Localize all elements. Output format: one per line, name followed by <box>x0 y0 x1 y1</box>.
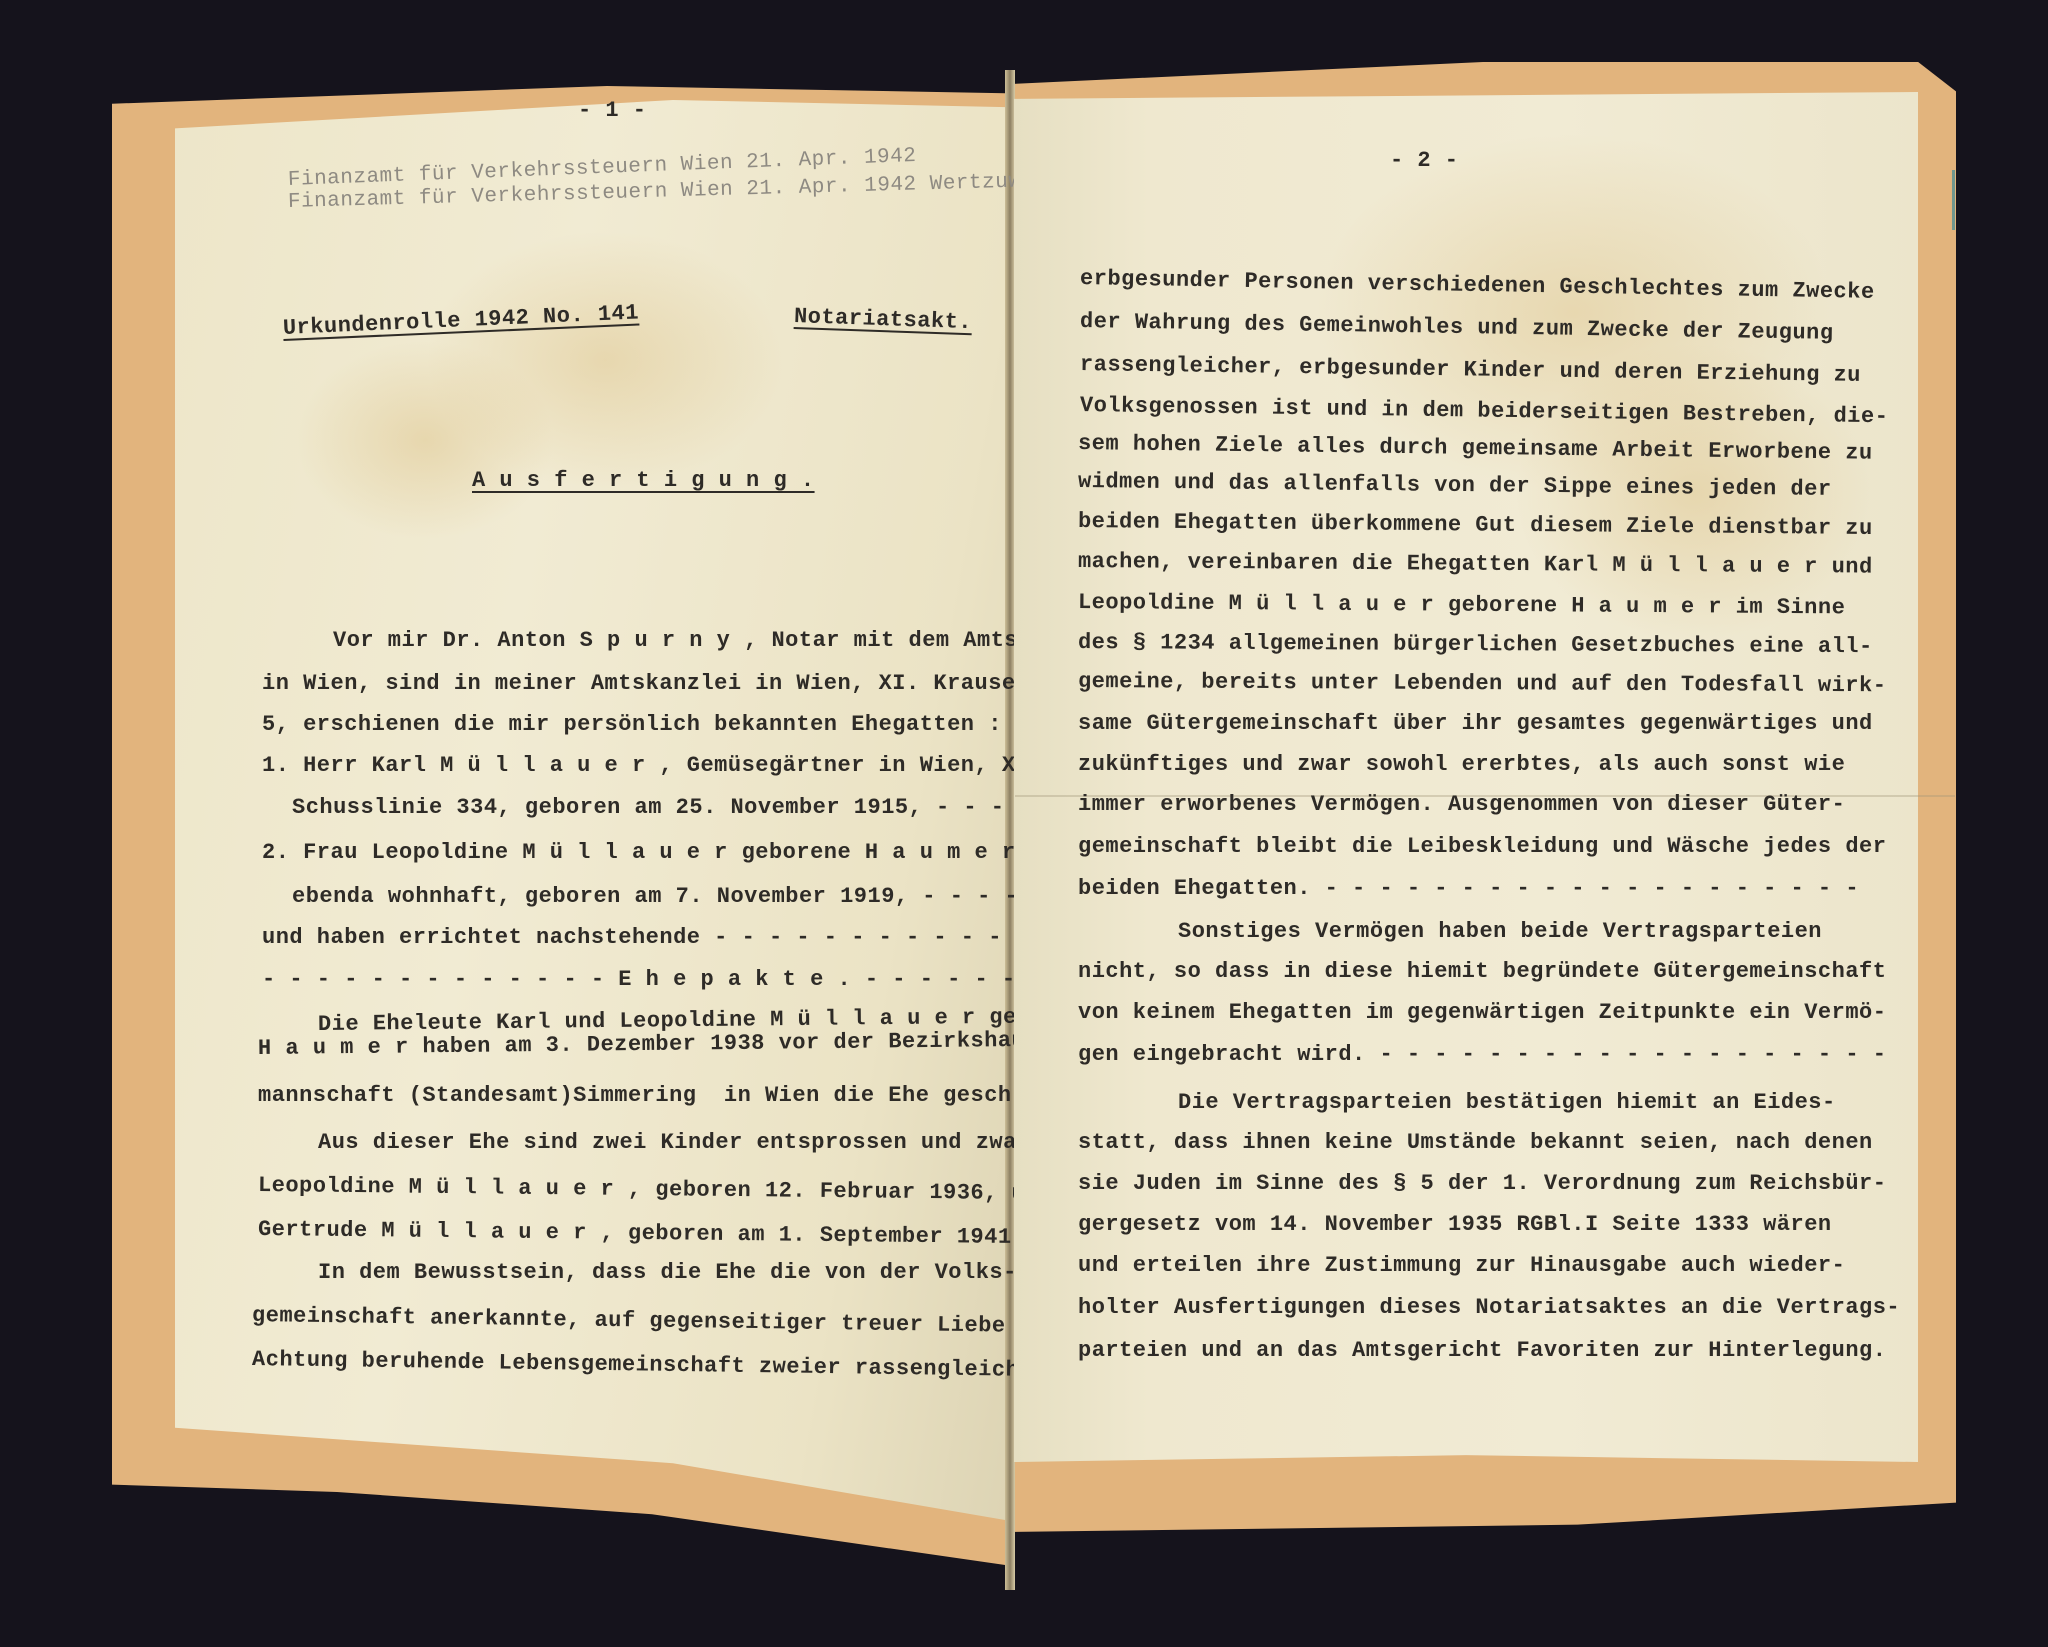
text-line: beiden Ehegatten. - - - - - - - - - - - … <box>1078 876 1859 902</box>
text-line: mannschaft (Standesamt)Simmering in Wien… <box>258 1083 1108 1109</box>
text-line: 1. Herr Karl M ü l l a u e r , Gemüsegär… <box>262 753 1043 779</box>
text-line: statt, dass ihnen keine Umstände bekannt… <box>1078 1130 1873 1156</box>
text-line: nicht, so dass in diese hiemit begründet… <box>1078 959 1886 985</box>
section-heading-line: - - - - - - - - - - - - - E h e p a k t … <box>262 967 1098 993</box>
text-line: in Wien, sind in meiner Amtskanzlei in W… <box>262 671 1084 697</box>
ink-mark <box>1952 170 1961 230</box>
text-line: und erteilen ihre Zustimmung zur Hinausg… <box>1078 1253 1845 1279</box>
page-number-right: - 2 - <box>1390 148 1459 174</box>
text-line: sie Juden im Sinne des § 5 der 1. Verord… <box>1078 1171 1886 1197</box>
text-line: 5, erschienen die mir persönlich bekannt… <box>262 712 1084 738</box>
document-title: A u s f e r t i g u n g . <box>472 468 815 494</box>
text-line: Schusslinie 334, geboren am 25. November… <box>292 795 1087 821</box>
text-line: des § 1234 allgemeinen bürgerlichen Gese… <box>1078 630 1873 660</box>
text-line: gen eingebracht wird. - - - - - - - - - … <box>1078 1042 1886 1068</box>
text-line: zukünftiges und zwar sowohl ererbtes, al… <box>1078 752 1845 778</box>
text-line: und haben errichtet nachstehende - - - -… <box>262 925 1084 951</box>
text-line: machen, vereinbaren die Ehegatten Karl M… <box>1078 549 1873 581</box>
text-line: ebenda wohnhaft, geboren am 7. November … <box>292 884 1100 910</box>
paper-stain <box>295 340 555 540</box>
text-line: same Gütergemeinschaft über ihr gesamtes… <box>1078 711 1873 737</box>
text-line: parteien und an das Amtsgericht Favorite… <box>1078 1338 1886 1364</box>
text-line: von keinem Ehegatten im gegenwärtigen Ze… <box>1078 1000 1886 1026</box>
page-number-left: - 1 - <box>578 98 647 124</box>
text-line: gemeine, bereits unter Lebenden und auf … <box>1078 669 1887 699</box>
text-line: gergesetz vom 14. November 1935 RGBl.I S… <box>1078 1212 1832 1238</box>
text-line: Die Vertragsparteien bestätigen hiemit a… <box>1178 1090 1836 1116</box>
text-line: In dem Bewusstsein, dass die Ehe die von… <box>318 1260 1017 1286</box>
text-line: Leopoldine M ü l l a u e r geborene H a … <box>1078 590 1845 621</box>
text-line: gemeinschaft bleibt die Leibeskleidung u… <box>1078 834 1886 860</box>
text-line: immer erworbenes Vermögen. Ausgenommen v… <box>1078 792 1845 818</box>
text-line: Sonstiges Vermögen haben beide Vertragsp… <box>1178 919 1822 945</box>
text-line: Vor mir Dr. Anton S p u r n y , Notar mi… <box>333 628 1087 654</box>
text-line: holter Ausfertigungen dieses Notariatsak… <box>1078 1295 1900 1321</box>
text-line: Aus dieser Ehe sind zwei Kinder entspros… <box>318 1130 1058 1156</box>
text-line: 2. Frau Leopoldine M ü l l a u e r gebor… <box>262 840 1043 866</box>
